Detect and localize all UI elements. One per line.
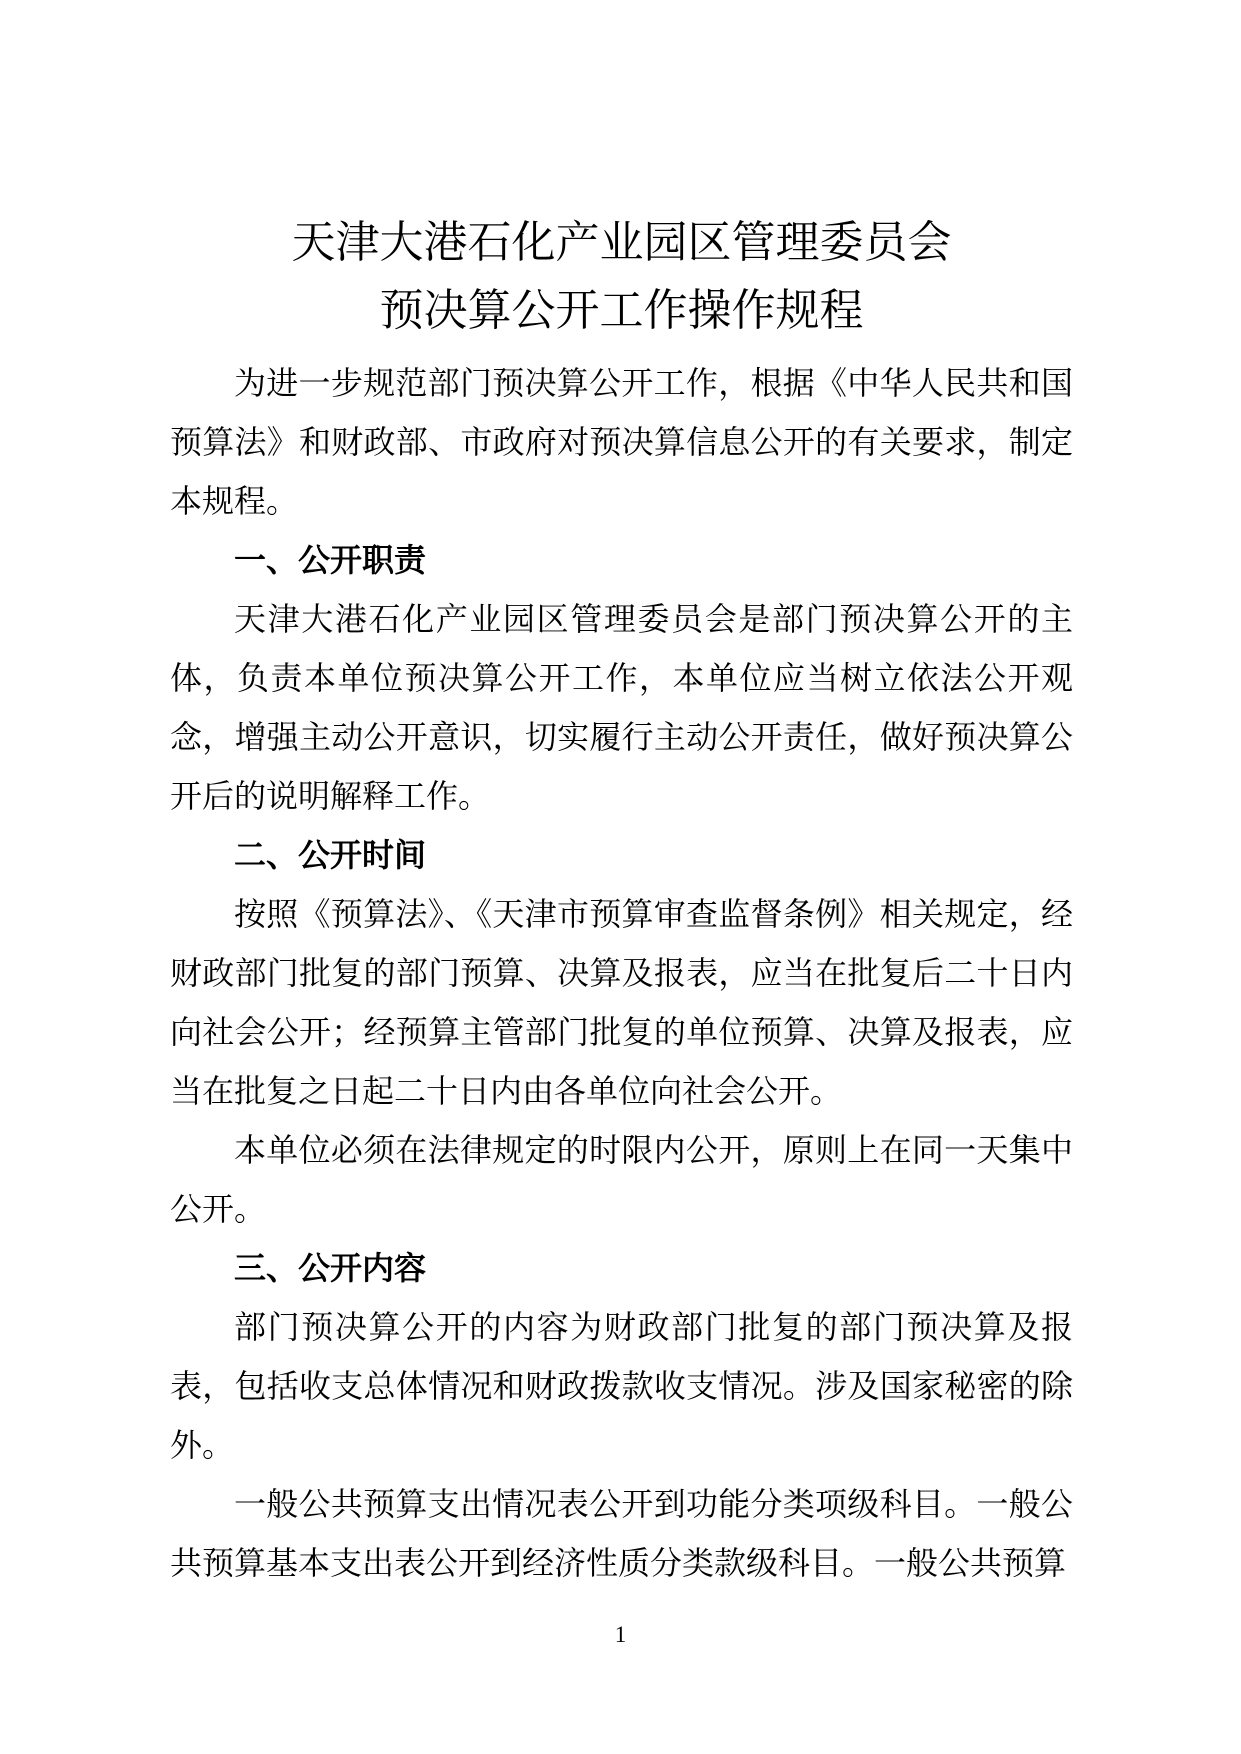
document-body: 为进一步规范部门预决算公开工作，根据《中华人民共和国预算法》和财政部、市政府对预… — [170, 354, 1073, 1593]
section-heading-duties: 一、公开职责 — [170, 531, 1073, 590]
paragraph-content-scope: 部门预决算公开的内容为财政部门批复的部门预决算及报表，包括收支总体情况和财政拨款… — [170, 1298, 1073, 1475]
paragraph-time-rules: 按照《预算法》、《天津市预算审查监督条例》相关规定，经财政部门批复的部门预算、决… — [170, 885, 1073, 1121]
paragraph-intro: 为进一步规范部门预决算公开工作，根据《中华人民共和国预算法》和财政部、市政府对预… — [170, 354, 1073, 531]
page-number: 1 — [615, 1622, 627, 1647]
document-page: 天津大港石化产业园区管理委员会 预决算公开工作操作规程 为进一步规范部门预决算公… — [0, 0, 1241, 1754]
page-footer: 1 — [0, 1620, 1241, 1650]
title-line-2: 预决算公开工作操作规程 — [170, 277, 1073, 345]
paragraph-time-deadline: 本单位必须在法律规定的时限内公开，原则上在同一天集中公开。 — [170, 1121, 1073, 1239]
paragraph-content-detail: 一般公共预算支出情况表公开到功能分类项级科目。一般公共预算基本支出表公开到经济性… — [170, 1475, 1073, 1593]
section-heading-content: 三、公开内容 — [170, 1239, 1073, 1298]
title-line-1: 天津大港石化产业园区管理委员会 — [170, 209, 1073, 277]
paragraph-duties: 天津大港石化产业园区管理委员会是部门预决算公开的主体，负责本单位预决算公开工作，… — [170, 590, 1073, 826]
section-heading-time: 二、公开时间 — [170, 826, 1073, 885]
document-title: 天津大港石化产业园区管理委员会 预决算公开工作操作规程 — [170, 209, 1073, 345]
